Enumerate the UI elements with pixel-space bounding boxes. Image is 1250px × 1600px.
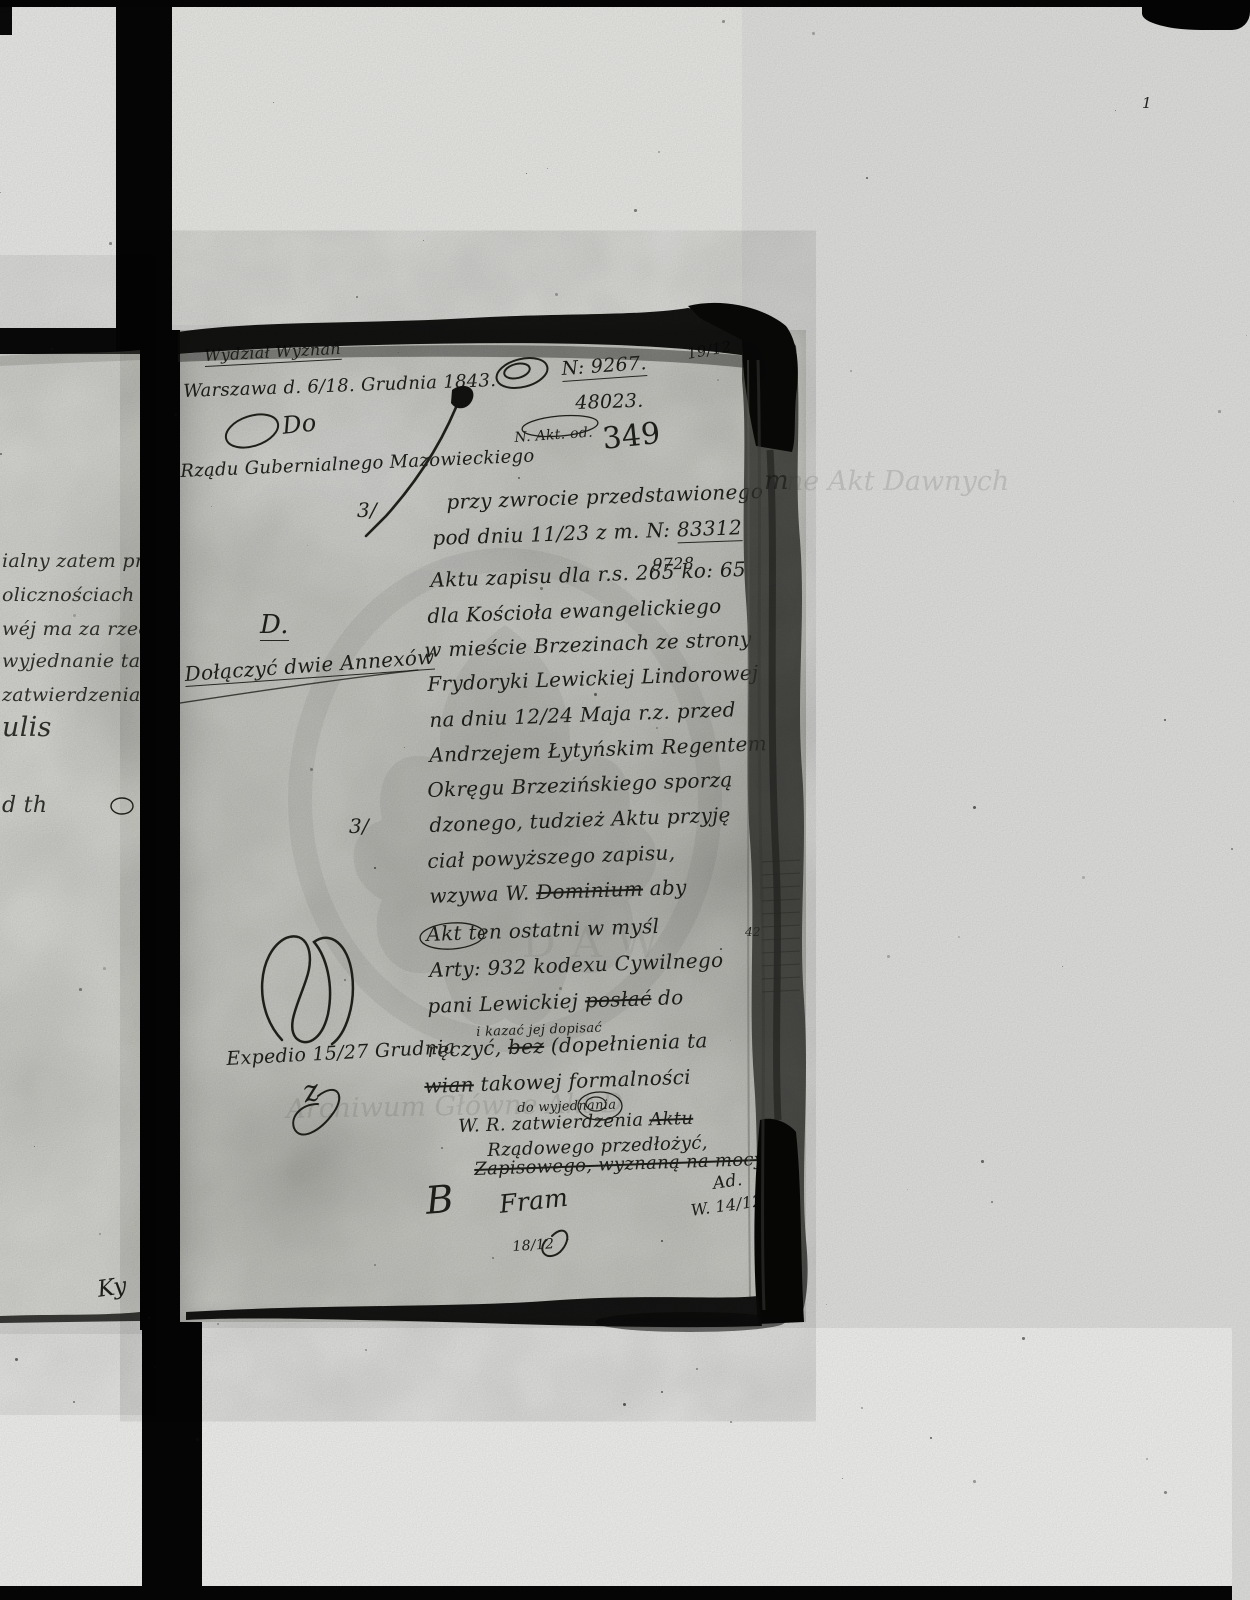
handwriting-line: wéj ma za rzecz [2,620,160,640]
handwriting-line: wyjednanie tak [2,652,152,672]
film-gutter-top [116,0,172,352]
handwriting-line: 3/ [357,500,377,521]
dust-speck [958,936,960,938]
facing-page-partial [0,352,142,1318]
film-edge-top [0,0,1250,7]
dust-speck [217,1323,219,1325]
handwriting-line: d th [2,794,47,817]
dust-speck [812,32,815,35]
handwriting-line: Ky [96,1274,128,1302]
signature-initial: B [424,1180,456,1222]
dust-speck [1115,110,1116,111]
handwriting-line: ulis [2,714,52,742]
next-frame-page [202,1328,1232,1588]
dust-speck [1233,501,1234,502]
dust-speck [1218,410,1221,413]
frame-mark: 1 [1142,96,1152,112]
page-number: 349 [601,418,662,455]
ref-number-2: 48023. [575,392,644,414]
dust-speck [973,806,976,809]
edge-mark: 42 [745,926,761,939]
watermark-fragment: m [764,468,789,495]
dust-speck [981,1160,984,1163]
previous-frame-page-left [0,5,116,331]
next-frame-page-left [0,1334,142,1588]
dust-speck [887,955,890,958]
dust-speck [1062,966,1063,967]
film-gutter-center [140,330,180,1330]
salutation: Do [281,410,318,439]
film-edge-bottom [0,1586,1232,1600]
dust-speck [991,1201,993,1203]
dust-speck [826,1304,827,1305]
dust-speck [850,370,852,372]
dust-speck [866,177,868,179]
film-notch [0,5,12,35]
dust-speck [1082,876,1085,879]
watermark-right: ne Akt Dawnych [786,466,1009,497]
dust-speck [1164,719,1166,721]
handwriting-line: 3/ [349,816,369,837]
film-gutter-bottom [142,1322,202,1600]
dust-speck [1246,335,1247,336]
dust-speck [1231,848,1233,850]
signature-date: 18/12 [512,1237,555,1255]
handwriting-line: D. [260,612,289,641]
microfilm-scan: ne Akt Dawnych Archiwum Główne Akt D DAW… [0,0,1250,1600]
dust-speck [907,1189,908,1190]
clerk-mark: Ad. [712,1172,744,1194]
film-corner-blob [1142,0,1250,30]
previous-frame-page [172,5,742,325]
